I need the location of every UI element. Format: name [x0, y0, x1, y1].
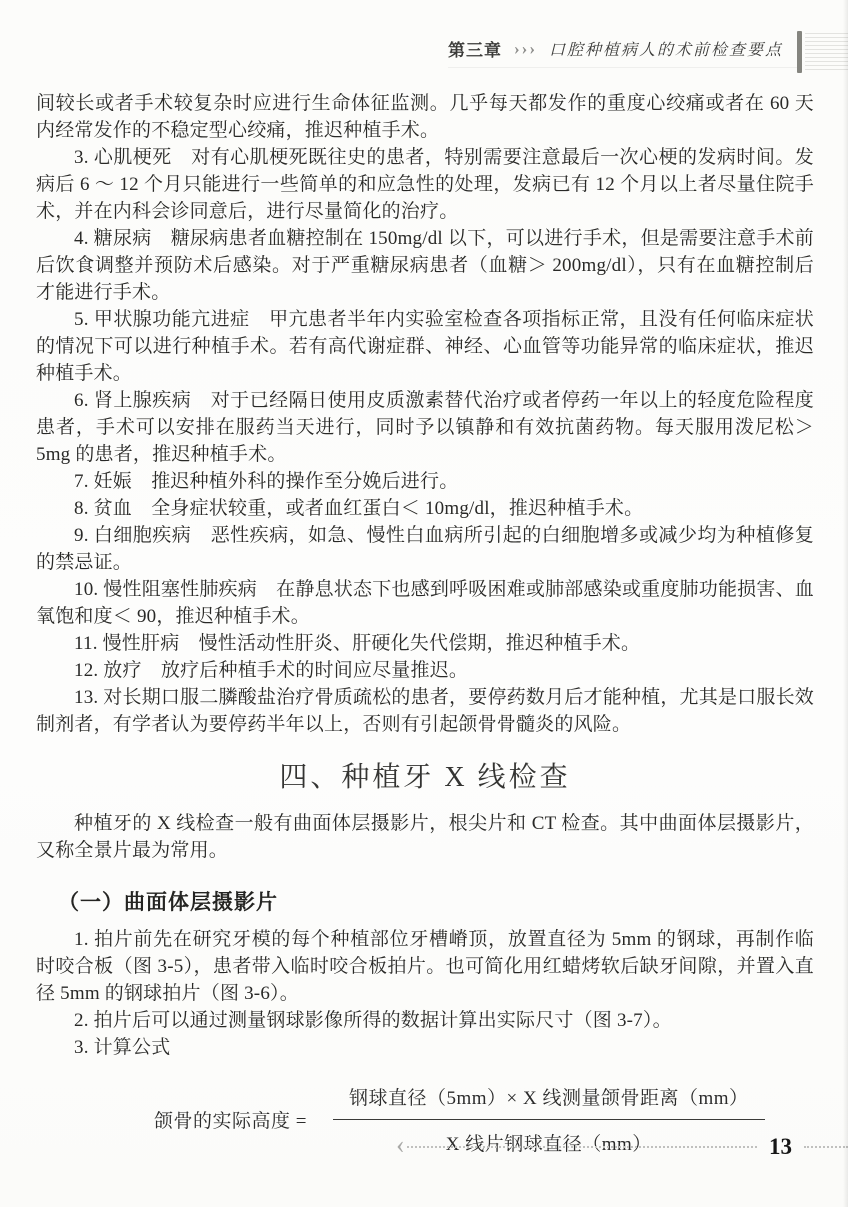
- page-header: 第三章 ››› 口腔种植病人的术前检查要点: [0, 30, 848, 74]
- body-paragraph: 间较长或者手术较复杂时应进行生命体征监测。几乎每天都发作的重度心绞痛或者在 60…: [36, 90, 814, 144]
- page-number: 13: [769, 1134, 792, 1160]
- formula-numerator: 钢球直径（5mm）× X 线测量颌骨距离（mm）: [333, 1083, 765, 1120]
- running-head-title: 口腔种植病人的术前检查要点: [549, 37, 783, 60]
- body-paragraph: 6. 肾上腺疾病 对于已经隔日使用皮质激素替代治疗或者停药一年以上的轻度危险程度…: [36, 387, 814, 468]
- body-paragraph: 3. 心肌梗死 对有心肌梗死既往史的患者，特别需要注意最后一次心梗的发病时间。发…: [36, 144, 814, 225]
- body-paragraph: 11. 慢性肝病 慢性活动性肝炎、肝硬化失代偿期，推迟种植手术。: [36, 630, 814, 657]
- chapter-label: 第三章: [448, 36, 502, 61]
- stripes-decoration: [805, 33, 848, 71]
- body-paragraph: 13. 对长期口服二膦酸盐治疗骨质疏松的患者，要停药数月后才能种植，尤其是口服长…: [36, 684, 814, 738]
- footer-dotted-line-right: [804, 1146, 848, 1148]
- formula-lhs: 颌骨的实际高度 =: [154, 1106, 307, 1133]
- subsection-paragraph: 3. 计算公式: [36, 1034, 814, 1061]
- book-page: 第三章 ››› 口腔种植病人的术前检查要点 间较长或者手术较复杂时应进行生命体征…: [0, 0, 848, 1207]
- subsection-paragraph: 2. 拍片后可以通过测量钢球影像所得的数据计算出实际尺寸（图 3-7）。: [36, 1007, 814, 1034]
- header-decoration: [797, 31, 848, 73]
- section-heading: 四、种植牙 X 线检查: [36, 755, 814, 795]
- body-paragraph: 8. 贫血 全身症状较重，或者血红蛋白＜ 10mg/dl，推迟种植手术。: [36, 495, 814, 522]
- body-paragraph: 4. 糖尿病 糖尿病患者血糖控制在 150mg/dl 以下，可以进行手术，但是需…: [36, 225, 814, 306]
- vertical-bar-decoration: [797, 31, 802, 73]
- section-intro-paragraph: 种植牙的 X 线检查一般有曲面体层摄影片，根尖片和 CT 检查。其中曲面体层摄影…: [36, 810, 814, 864]
- body-paragraph: 7. 妊娠 推迟种植外科的操作至分娩后进行。: [36, 468, 814, 495]
- subsection-body: 1. 拍片前先在研究牙模的每个种植部位牙槽嵴顶，放置直径为 5mm 的钢球，再制…: [36, 926, 814, 1061]
- footer-dotted-line: [407, 1146, 757, 1148]
- subsection-paragraph: 1. 拍片前先在研究牙模的每个种植部位牙槽嵴顶，放置直径为 5mm 的钢球，再制…: [36, 926, 814, 1007]
- left-chevron-icon: ‹: [396, 1135, 405, 1155]
- body-paragraph: 12. 放疗 放疗后种植手术的时间应尽量推迟。: [36, 657, 814, 684]
- subsection-heading: （一）曲面体层摄影片: [58, 886, 814, 916]
- chevrons-icon: ›››: [514, 40, 537, 57]
- page-footer: ‹ 13: [0, 1132, 848, 1162]
- page-body: 间较长或者手术较复杂时应进行生命体征监测。几乎每天都发作的重度心绞痛或者在 60…: [36, 90, 814, 1156]
- body-paragraph: 9. 白细胞疾病 恶性疾病，如急、慢性白血病所引起的白细胞增多或减少均为种植修复…: [36, 522, 814, 576]
- running-head: 第三章 ››› 口腔种植病人的术前检查要点: [448, 36, 797, 68]
- body-paragraph: 5. 甲状腺功能亢进症 甲亢患者半年内实验室检查各项指标正常，且没有任何临床症状…: [36, 306, 814, 387]
- body-paragraph: 10. 慢性阻塞性肺疾病 在静息状态下也感到呼吸困难或肺部感染或重度肺功能损害、…: [36, 576, 814, 630]
